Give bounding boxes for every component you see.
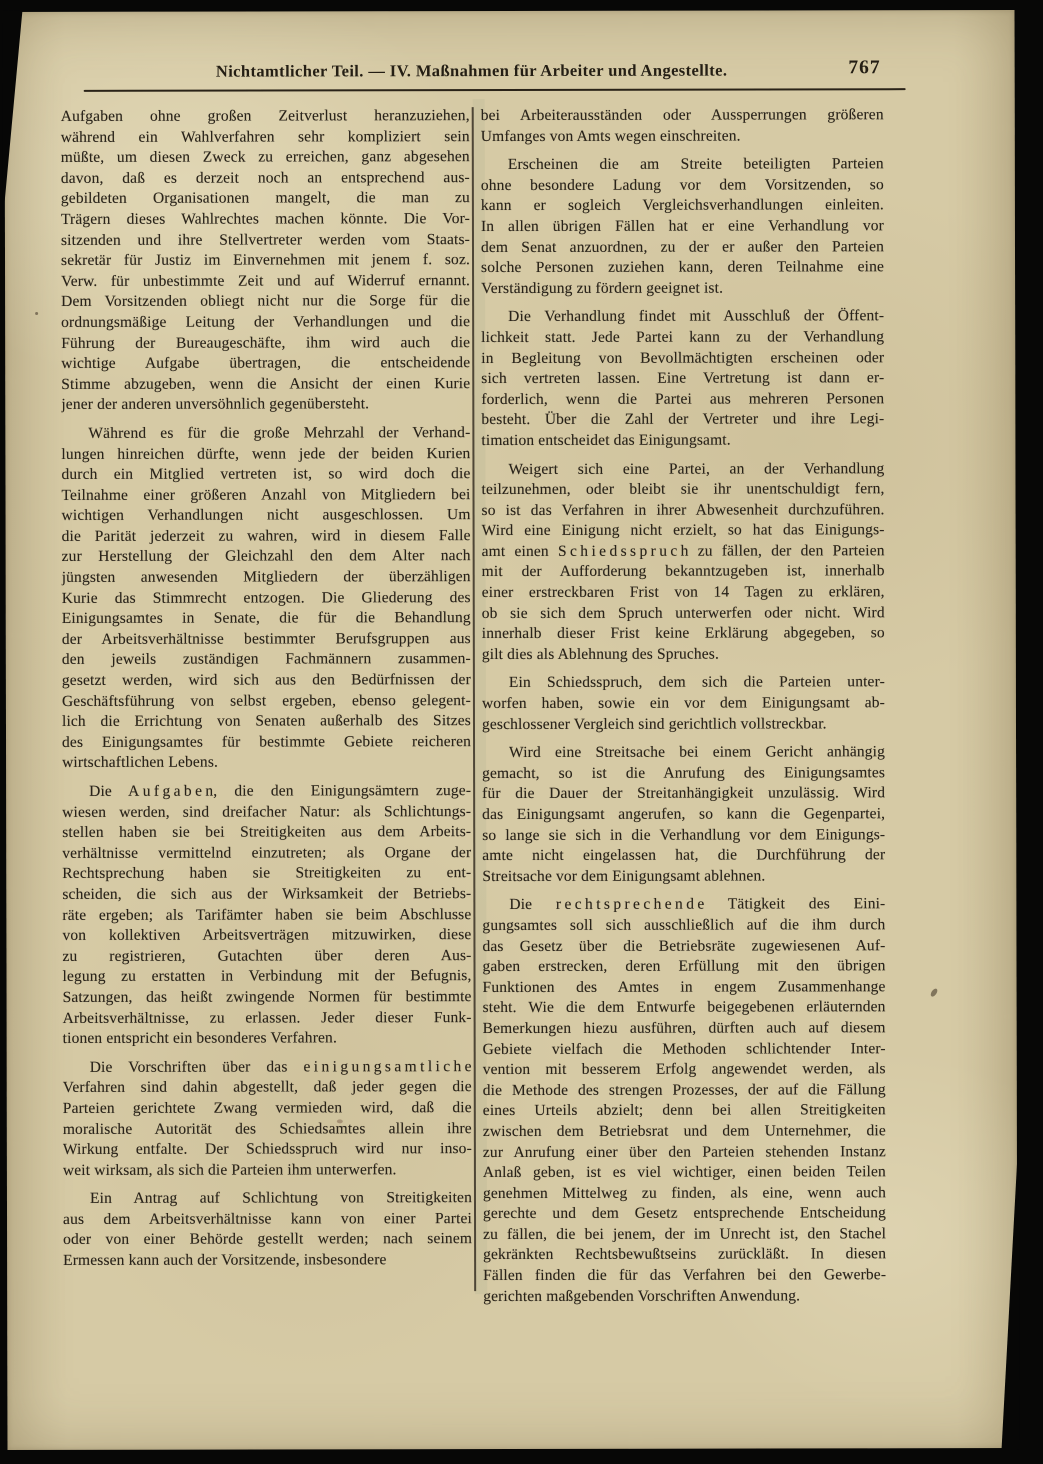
scan-artifact [337, 1119, 343, 1123]
text-line: Während es für die große Mehrzahl der Ve… [61, 423, 470, 444]
text-line: Die A u f g a b e n, die den Einigungsäm… [62, 781, 471, 802]
text-line: so lange sie sich in die Verhandlung vor… [482, 825, 885, 846]
document-page: Nichtamtlicher Teil. — IV. Maßnahmen für… [4, 10, 1017, 1450]
text-line: teilzunehmen, oder bleibt sie ihr unents… [481, 479, 884, 500]
text-line: scheiden, die sich aus der Wirksamkeit d… [62, 884, 471, 905]
text-line: Wirkung entfalte. Der Schiedsspruch wird… [63, 1139, 472, 1160]
text-line: in Begleitung von Bevollmächtigten ersch… [481, 348, 884, 369]
page-number: 767 [848, 57, 880, 79]
text-line: zur Anrufung einer über den Parteien ste… [483, 1142, 886, 1163]
paragraph: Wird eine Streitsache bei einem Gericht … [482, 742, 885, 887]
text-line: genehmen Mittelweg zu finden, als eine, … [483, 1183, 886, 1204]
paragraph: Ein Schiedsspruch, dem sich die Parteien… [482, 673, 885, 736]
text-line: steht. Wie die dem Entwurfe beigegebenen… [483, 998, 886, 1019]
scan-artifact [929, 987, 938, 997]
text-line: Parteien gerichtete Zwang vermieden wird… [63, 1098, 472, 1119]
text-line: Verfahren sind dahin abgestellt, daß jed… [63, 1077, 472, 1098]
text-line: Streitsache vor dem Einigungsamt ablehne… [482, 866, 885, 887]
text-line: sich vertreten lassen. Eine Vertretung i… [481, 368, 884, 389]
text-line: mit der Aufforderung bekanntzugeben ist,… [482, 562, 885, 583]
text-line: gerechte und dem Gesetz entsprechende En… [483, 1203, 886, 1224]
text-line: lich die Errichtung von Senaten außerhal… [62, 711, 471, 732]
text-line: ohne besondere Ladung vor dem Vorsitzend… [481, 175, 884, 196]
scan-artifact [35, 312, 38, 315]
text-line: Arbeitsverhältnisse, zu erlassen. Jeder … [63, 1008, 472, 1029]
text-line: das Gesetz über die Betriebsräte zugewie… [482, 936, 885, 957]
section-title: Nichtamtlicher Teil. — IV. Maßnahmen für… [61, 60, 883, 82]
text-line: vention mit besserem Erfolg angewendet w… [483, 1059, 886, 1080]
text-line: dem Senat anzuordnen, zu der er außer de… [481, 237, 884, 258]
text-line: die Methode des strengen Prozesses, der … [483, 1080, 886, 1101]
text-line: amte nicht eingelassen hat, die Durchfüh… [482, 845, 885, 866]
page-header: Nichtamtlicher Teil. — IV. Maßnahmen für… [61, 60, 883, 86]
scan-edge-shadow [1001, 1130, 1020, 1450]
text-line: Kurie das Stimmrecht entzogen. Die Glied… [62, 588, 471, 609]
text-line: forderlich, wenn die Partei aus mehreren… [481, 389, 884, 410]
text-line: der Arbeitsverhältnisse bestimmter Beruf… [62, 629, 471, 650]
text-line: Die Verhandlung findet mit Ausschluß der… [481, 307, 884, 328]
text-line: wichtigen Verhandlungen nicht ausgeschlo… [62, 505, 471, 526]
text-line: Verw. für unbestimmte Zeit und auf Wider… [61, 271, 470, 292]
text-line: Stimme abzugeben, wenn die Ansicht der e… [61, 374, 470, 395]
text-line: gebildeten Organisationen mangelt, die m… [61, 188, 470, 209]
text-line: Funktionen des Amtes in engem Zusammenha… [483, 977, 886, 998]
column-divider [472, 107, 476, 1291]
text-line: jüngsten anwesenden Mitgliedern der über… [62, 567, 471, 588]
text-line: Einigungsamtes in Senate, die für die Be… [62, 608, 471, 629]
text-line: Fällen finden die für das Verfahren bei … [483, 1265, 886, 1286]
text-line: zu registrieren, Gutachten über deren Au… [62, 946, 471, 967]
scan-background: { "colors": { "paper": "#d6caa5", "ink":… [0, 0, 1043, 1464]
text-line: tionen entspricht ein besonderes Verfahr… [63, 1028, 472, 1049]
text-line: wirtschaftlichen Lebens. [62, 752, 471, 773]
text-line: oder von einer Behörde gestellt werden; … [63, 1230, 472, 1251]
text-line: aus dem Arbeitsverhältnisse kann von ein… [63, 1209, 472, 1230]
text-line: Die Vorschriften über das e i n i g u n … [63, 1057, 472, 1078]
text-line: gilt dies als Ablehnung des Spruches. [482, 644, 885, 665]
text-line: stellen haben sie bei Streitigkeiten aus… [62, 822, 471, 843]
text-line: solche Personen zuziehen kann, deren Tei… [481, 257, 884, 278]
text-line: gaben erstrecken, deren Erfüllung mit de… [482, 956, 885, 977]
text-line: gekränkten Rechtsbewußtseins zurückläßt.… [483, 1245, 886, 1266]
text-line: für die Dauer der Streitanhängigkeit unz… [482, 784, 885, 805]
text-line: Ein Schiedsspruch, dem sich die Parteien… [482, 673, 885, 694]
text-line: Wird eine Streitsache bei einem Gericht … [482, 742, 885, 763]
text-line: weit wirksam, als sich die Parteien ihm … [63, 1160, 472, 1181]
text-line: Ermessen kann auch der Vorsitzende, insb… [63, 1250, 472, 1271]
header-rule [84, 88, 906, 92]
text-line: zwischen dem Betriebsrat und dem Unterne… [483, 1121, 886, 1142]
text-line: Verständigung zu fördern geeignet ist. [481, 278, 884, 299]
text-line: das Einigungsamt angerufen, so kann die … [482, 804, 885, 825]
text-line: müßte, um diesen Zweck zu erreichen, gan… [61, 147, 470, 168]
text-line: lungen hinreichen dürfte, wenn jede der … [61, 444, 470, 465]
text-line: Aufgaben ohne großen Zeitverlust heranzu… [61, 106, 470, 127]
text-line: sitzenden und ihre Stellvertreter werden… [61, 230, 470, 251]
text-line: bei Arbeiterausständen oder Aussperrunge… [481, 105, 884, 126]
paragraph: Erscheinen die am Streite beteiligten Pa… [481, 154, 884, 299]
text-line: Gebiete vielfach die Methoden schlichten… [483, 1039, 886, 1060]
text-line: Trägern dieses Wahlrechtes machen könnte… [61, 209, 470, 230]
text-line: von kollektiven Arbeitsverträgen mitzuwi… [62, 925, 471, 946]
text-line: gungsamtes soll sich ausschließlich auf … [482, 915, 885, 936]
text-line: geschlossener Vergleich sind gerichtlich… [482, 714, 885, 735]
left-text-column: Aufgaben ohne großen Zeitverlust heranzu… [61, 106, 472, 1280]
paragraph: Weigert sich eine Partei, an der Verhand… [481, 459, 884, 666]
text-line: zu fällen, die bei jenem, der im Unrecht… [483, 1224, 886, 1245]
text-line: ordnungsmäßige Leitung der Verhandlungen… [61, 312, 470, 333]
text-line: wichtige Aufgabe übertragen, die entsche… [61, 353, 470, 374]
text-line: Geschäftsführung von selbst ergeben, ebe… [62, 691, 471, 712]
text-line: innerhalb dieser Frist keine Erklärung a… [482, 623, 885, 644]
text-line: während ein Wahlverfahren sehr komplizie… [61, 127, 470, 148]
right-text-column: bei Arbeiterausständen oder Aussperrunge… [481, 105, 887, 1315]
text-line: durch ein Mitglied vertreten ist, so wir… [61, 464, 470, 485]
text-line: des Einigungsamtes für bestimmte Gebiete… [62, 732, 471, 753]
text-line: Ein Antrag auf Schlichtung von Streitigk… [63, 1188, 472, 1209]
text-line: Führung der Bureaugeschäfte, ihm wird au… [61, 333, 470, 354]
text-line: den jeweils zuständigen Fachmännern zusa… [62, 650, 471, 671]
text-line: so ist das Verfahren in ihrer Abwesenhei… [482, 500, 885, 521]
text-line: lichkeit statt. Jede Partei kann zu der … [481, 327, 884, 348]
text-line: Umfanges von Amts wegen einschreiten. [481, 126, 884, 147]
text-line: timation entscheidet das Einigungsamt. [481, 430, 884, 451]
text-line: jener der anderen unversöhnlich gegenübe… [61, 394, 470, 415]
text-line: sekretär für Justiz im Einvernehmen mit … [61, 250, 470, 271]
text-line: einer erstreckbaren Frist von 14 Tagen z… [482, 582, 885, 603]
text-line: die Parität jederzeit zu wahren, wird in… [62, 526, 471, 547]
text-line: räte ergeben; als Tarifämter haben sie b… [62, 905, 471, 926]
text-line: gemacht, so ist die Anrufung des Einigun… [482, 763, 885, 784]
paragraph: Die A u f g a b e n, die den Einigungsäm… [62, 781, 472, 1050]
text-line: Wird eine Einigung nicht erzielt, so hat… [482, 520, 885, 541]
text-line: Bemerkungen hiezu ausführen, dürften auc… [483, 1018, 886, 1039]
text-line: Dem Vorsitzenden obliegt nicht nur die S… [61, 291, 470, 312]
text-line: zur Herstellung der Gleichzahl den dem A… [62, 547, 471, 568]
text-line: Weigert sich eine Partei, an der Verhand… [481, 459, 884, 480]
paragraph: Die r e c h t s p r e c h e n d e Tätigk… [482, 895, 886, 1308]
text-line: In allen übrigen Fällen hat er eine Verh… [481, 216, 884, 237]
text-line: Die r e c h t s p r e c h e n d e Tätigk… [482, 895, 885, 916]
scan-edge-shadow [2, 10, 22, 220]
text-line: Teilnahme einer größeren Anzahl von Mitg… [61, 485, 470, 506]
text-line: kann er sogleich Vergleichsverhandlungen… [481, 196, 884, 217]
text-line: besteht. Über die Zahl der Vertreter und… [481, 410, 884, 431]
text-line: Satzungen, das heißt zwingende Normen fü… [63, 987, 472, 1008]
paragraph: Ein Antrag auf Schlichtung von Streitigk… [63, 1188, 472, 1271]
paragraph: Die Vorschriften über das e i n i g u n … [63, 1057, 472, 1181]
text-line: worfen haben, sowie ein vor dem Einigung… [482, 693, 885, 714]
paragraph: bei Arbeiterausständen oder Aussperrunge… [481, 105, 884, 147]
text-line: Rechtsprechung haben sie Streitigkeiten … [62, 863, 471, 884]
paragraph: Während es für die große Mehrzahl der Ve… [61, 423, 471, 774]
text-line: davon, daß es derzeit noch an entspreche… [61, 168, 470, 189]
text-line: amt einen S c h i e d s s p r u c h zu f… [482, 541, 885, 562]
text-line: ob sie sich dem Spruch unterwerfen oder … [482, 603, 885, 624]
text-line: verhältnisse vermittelnd einzutreten; al… [62, 843, 471, 864]
text-line: Erscheinen die am Streite beteiligten Pa… [481, 154, 884, 175]
text-line: gerichten maßgebenden Vorschriften Anwen… [483, 1286, 886, 1307]
text-line: moralische Autorität des Schiedsamtes al… [63, 1119, 472, 1140]
text-line: Anlaß geben, ist es viel wichtiger, eine… [483, 1162, 886, 1183]
paragraph: Die Verhandlung findet mit Ausschluß der… [481, 307, 884, 452]
text-line: gesetzt werden, wird sich aus den Bedürf… [62, 670, 471, 691]
text-line: legung zu erstatten in Verbindung mit de… [62, 966, 471, 987]
text-line: eines Urteils abzielt; denn bei allen St… [483, 1101, 886, 1122]
paragraph: Aufgaben ohne großen Zeitverlust heranzu… [61, 106, 471, 416]
text-line: wiesen werden, sind dreifacher Natur: al… [62, 802, 471, 823]
